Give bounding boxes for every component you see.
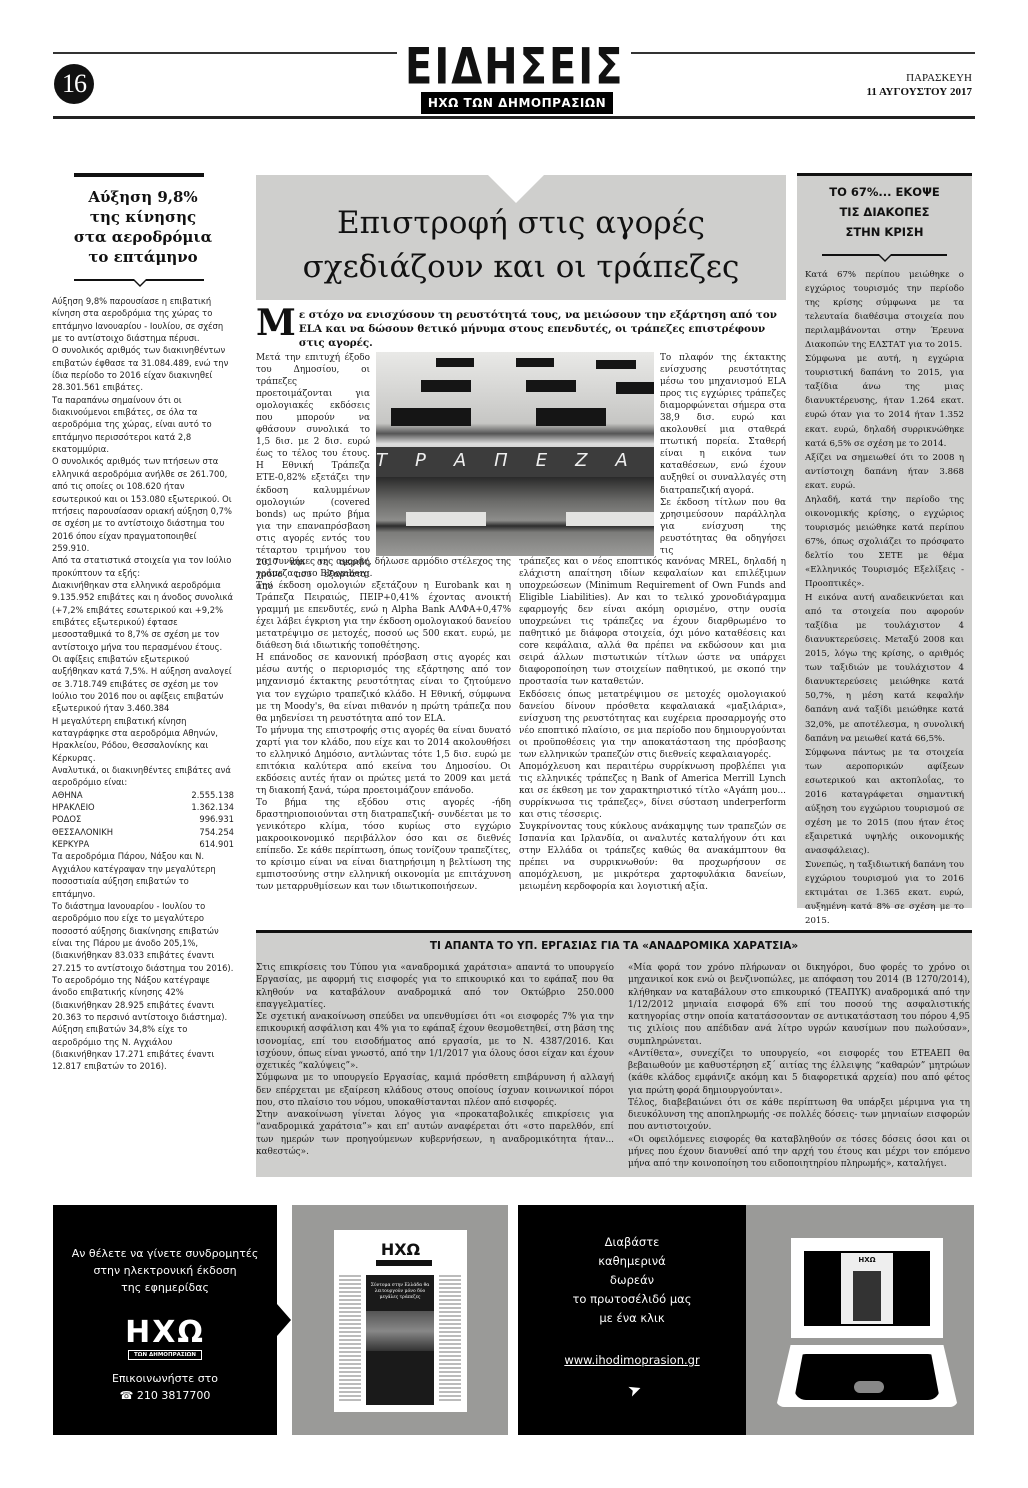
arrow-divider: [797, 250, 972, 264]
subscribe-contact: Επικοινωνήστε στο ☎ 210 3817700: [53, 1370, 277, 1404]
laptop-icon: ΗΧΩ: [791, 1238, 943, 1338]
bank-building-photo: ΤΡΑΠΕΖΑ: [376, 352, 654, 556]
masthead-rule-right: [631, 52, 975, 54]
main-article-lead: Μ ε στόχο να ενισχύσουν τη ρευστότητά το…: [256, 308, 786, 350]
arrow-divider: [52, 275, 234, 289]
ministry-response-title: ΤΙ ΑΠΑΝΤΑ ΤΟ ΥΠ. ΕΡΓΑΣΙΑΣ ΓΙΑ ΤΑ «ΑΝΑΔΡΟ…: [256, 940, 972, 952]
page-number-badge: 16: [54, 64, 94, 104]
read-online-text: Διαβάστε καθημερινά δωρεάν το πρωτοσέλιδ…: [518, 1233, 746, 1328]
newspaper-preview-panel: ΗΧΩ Σύντομα στην Ελλάδα θα λειτουργούν μ…: [292, 1205, 508, 1435]
issue-day: ΠΑΡΑΣΚΕΥΗ: [906, 72, 972, 84]
tourism-sidebar-body: Κατά 67% περίπου μειώθηκε ο εγχώριος του…: [797, 264, 972, 928]
airports-article-body: Αύξηση 9,8% παρουσίασε η επιβατική κίνησ…: [52, 295, 234, 1073]
main-article-col-a-bottom: τις συνθήκες της αγοράς, δήλωσε αρμόδιο …: [256, 556, 511, 893]
main-article-header: Επιστροφή στις αγορές σχεδιάζουν και οι …: [256, 175, 786, 300]
echo-logo: ΗΧΩ: [53, 1318, 277, 1348]
divider: [256, 930, 972, 933]
photo-sign-text: ΤΡΑΠΕΖΑ: [376, 450, 654, 471]
airports-article-title: Αύξηση 9,8% της κίνησης στα αεροδρόμια τ…: [52, 187, 234, 267]
notch-triangle: [488, 175, 544, 203]
airport-stat-row: ΗΡΑΚΛΕΙΟ1.362.134: [52, 801, 234, 813]
read-online-ad[interactable]: Διαβάστε καθημερινά δωρεάν το πρωτοσέλιδ…: [518, 1205, 746, 1435]
section-title: ΕΙΔΗΣΕΙΣ: [405, 42, 623, 92]
main-article-col-b-top: Το πλαφόν της έκτακτης ενίσχυσης ρευστότ…: [660, 352, 786, 557]
airport-stat-row: ΑΘΗΝΑ2.555.138: [52, 789, 234, 801]
tourism-sidebar: ΤΟ 67%... ΕΚΟΨΕ ΤΙΣ ΔΙΑΚΟΠΕΣ ΣΤΗΝ ΚΡΙΣΗ …: [797, 173, 972, 908]
ministry-response-box: ΤΙ ΑΠΑΝΤΑ ΤΟ ΥΠ. ΕΡΓΑΣΙΑΣ ΓΙΑ ΤΑ «ΑΝΑΔΡΟ…: [256, 930, 972, 1177]
main-article-col-b-bottom: τράπεζες και ο νέος εποπτικός κανόνας MR…: [519, 556, 786, 893]
cursor-icon: ➤: [625, 1378, 644, 1400]
airport-stat-row: ΚΕΡΚΥΡΑ614.901: [52, 838, 234, 850]
main-article-title: Επιστροφή στις αγορές σχεδιάζουν και οι …: [256, 201, 786, 289]
drop-cap: Μ: [256, 308, 296, 338]
divider: [74, 173, 204, 177]
airport-stat-row: ΘΕΣΣΑΛΟΝΙΚΗ754.254: [52, 826, 234, 838]
newspaper-front-page-thumbnail: ΗΧΩ Σύντομα στην Ελλάδα θα λειτουργούν μ…: [334, 1230, 467, 1412]
publication-name: ΗΧΩ ΤΩΝ ΔΗΜΟΠΡΑΣΙΩΝ: [421, 92, 613, 114]
issue-date: 11 ΑΥΓΟΥΣΤΟΥ 2017: [866, 86, 972, 98]
ministry-response-col2: «Μία φορά τον χρόνο πλήρωναν οι δικηγόρο…: [628, 962, 970, 1170]
phone-icon: ☎: [120, 1389, 134, 1402]
divider: [797, 173, 972, 176]
ministry-response-col1: Στις επικρίσεις του Τύπου για «αναδρομικ…: [256, 962, 614, 1158]
masthead-rule-left: [53, 52, 397, 54]
subscribe-ad[interactable]: Αν θέλετε να γίνετε συνδρομητές στην ηλε…: [53, 1205, 277, 1435]
echo-logo-subtitle: ΤΩΝ ΔΗΜΟΠΡΑΣΙΩΝ: [128, 1350, 202, 1360]
arrow-right-icon: [277, 1304, 291, 1336]
laptop-illustration-panel: ΗΧΩ: [746, 1205, 974, 1435]
tourism-sidebar-title: ΤΟ 67%... ΕΚΟΨΕ ΤΙΣ ΔΙΑΚΟΠΕΣ ΣΤΗΝ ΚΡΙΣΗ: [797, 182, 972, 242]
airports-article: Αύξηση 9,8% της κίνησης στα αεροδρόμια τ…: [52, 173, 234, 1073]
subscribe-ad-text: Αν θέλετε να γίνετε συνδρομητές στην ηλε…: [53, 1245, 277, 1296]
airport-stat-row: ΡΟΔΟΣ996.931: [52, 813, 234, 825]
phone-number[interactable]: 210 3817700: [137, 1389, 210, 1402]
masthead-rule-bottom: [53, 116, 975, 119]
website-link[interactable]: www.ihodimoprasion.gr: [518, 1353, 746, 1367]
